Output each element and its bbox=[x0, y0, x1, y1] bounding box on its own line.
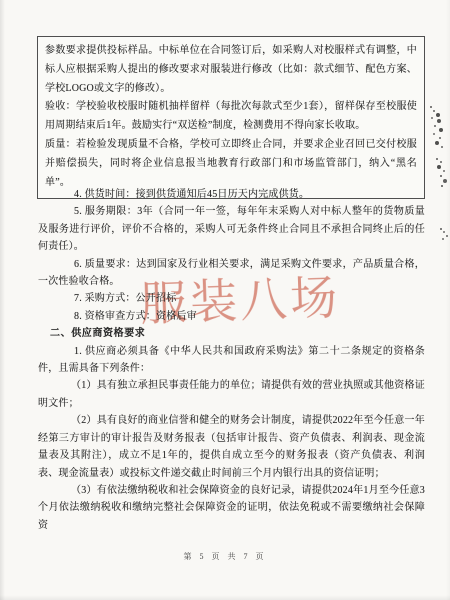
notice-box: 参数要求提供投标样品。中标单位在合同签订后，如采购人对校服样式有调整，中标人应根… bbox=[37, 36, 425, 199]
page-number: 第 5 页 共 7 页 bbox=[0, 551, 450, 562]
notice-paragraph-quality: 质量：若检验发现质量不合格，学校可立即终止合同，并要求企业召回已交付校服并赔偿损… bbox=[45, 136, 417, 192]
body-paragraph-service-term: 5. 服务期限：3年（合同一年一签，每年年末采购人对中标人整年的货物质量及服务进… bbox=[38, 203, 425, 255]
notice-paragraph-acceptance: 验收：学校验收校服时随机抽样留样（每批次每款式至少1套），留样保存至校服使用周期… bbox=[45, 98, 417, 136]
body-paragraph-delivery-time: 4. 供货时间：接到供货通知后45日历天内完成供货。 bbox=[38, 186, 425, 203]
ink-smudge bbox=[430, 106, 432, 108]
requirement-paragraph-3: （3）有依法缴纳税收和社会保障资金的良好记录，请提供2024年1月至今任意3个月… bbox=[38, 482, 425, 534]
body-paragraph-procurement-method: 7. 采购方式：公开招标 bbox=[38, 290, 425, 307]
ink-smudge bbox=[436, 158, 438, 160]
body-paragraph-quality-req: 6. 质量要求：达到国家及行业相关要求，满足采购文件要求，产品质量合格，一次性验… bbox=[38, 256, 425, 291]
document-page: 服装八场 参数要求提供投标样品。中标单位在合同签订后，如采购人对校服样式有调整，… bbox=[0, 0, 450, 600]
requirement-paragraph-1: （1）具有独立承担民事责任能力的单位；请提供有效的营业执照或其他资格证明文件； bbox=[38, 377, 425, 412]
document-body: 4. 供货时间：接到供货通知后45日历天内完成供货。 5. 服务期限：3年（合同… bbox=[38, 186, 425, 534]
ink-smudge bbox=[440, 228, 442, 230]
requirement-paragraph-law: 1. 供应商必须具备《中华人民共和国政府采购法》第二十二条规定的资格条件，且需具… bbox=[38, 343, 425, 378]
notice-paragraph-parameters: 参数要求提供投标样品。中标单位在合同签订后，如采购人对校服样式有调整，中标人应根… bbox=[45, 42, 417, 98]
body-paragraph-qualification-review: 8. 资格审查方式：资格后审 bbox=[38, 308, 425, 325]
requirement-paragraph-2: （2）具有良好的商业信誉和健全的财务会计制度，请提供2022年至今任意一年经第三… bbox=[38, 412, 425, 482]
section-heading-supplier-qualification: 二、供应商资格要求 bbox=[38, 325, 425, 342]
